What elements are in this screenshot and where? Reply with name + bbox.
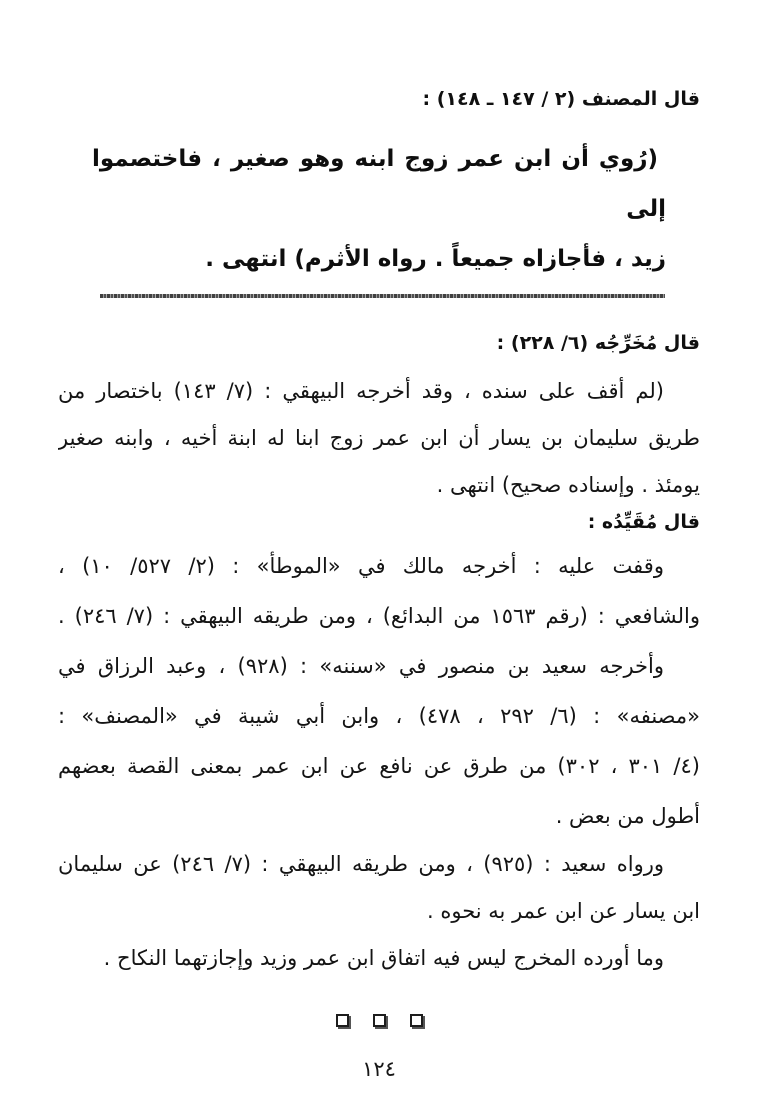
body-line: (لم أقف على سنده ، وقد أخرجه البيهقي : (… <box>58 368 700 415</box>
book-page: قال المصنف (٢ / ١٤٧ ـ ١٤٨) : (رُوي أن اب… <box>0 0 758 1110</box>
body-line: أطول من بعض . <box>58 791 700 841</box>
matn-quote: (رُوي أن ابن عمر زوج ابنه وهو صغير ، فاخ… <box>92 134 666 284</box>
body-line: ابن يسار عن ابن عمر به نحوه . <box>58 888 700 935</box>
body-line: «مصنفه» : (٦/ ٢٩٢ ، ٤٧٨) ، وابن أبي شيبة… <box>58 691 700 741</box>
ornament-square-icon <box>336 1014 349 1027</box>
muqayyid-paragraph-3: ورواه سعيد : (٩٢٥) ، ومن طريقه البيهقي :… <box>58 841 700 935</box>
heading-muqayyid: قال مُقَيِّدُه : <box>58 509 700 535</box>
section-divider-rule <box>100 294 665 298</box>
body-line: والشافعي : (رقم ١٥٦٣ من البدائع) ، ومن ط… <box>58 591 700 641</box>
matn-line: زيد ، فأجازاه جميعاً . رواه الأثرم) انته… <box>92 234 666 284</box>
page-number: ١٢٤ <box>58 1057 700 1081</box>
ornament-square-icon <box>373 1014 386 1027</box>
body-line: يومئذ . وإسناده صحيح) انتهى . <box>58 462 700 509</box>
body-line: وأخرجه سعيد بن منصور في «سننه» : (٩٢٨) ،… <box>58 641 700 691</box>
heading-musannif: قال المصنف (٢ / ١٤٧ ـ ١٤٨) : <box>58 86 700 112</box>
muqayyid-paragraph-1: وقفت عليه : أخرجه مالك في «الموطأ» : (٢/… <box>58 541 700 641</box>
body-line: وما أورده المخرج ليس فيه اتفاق ابن عمر و… <box>58 935 700 982</box>
body-line: وقفت عليه : أخرجه مالك في «الموطأ» : (٢/… <box>58 541 700 591</box>
ornament-square-icon <box>410 1014 423 1027</box>
end-ornament-squares <box>58 1014 700 1027</box>
body-line: ورواه سعيد : (٩٢٥) ، ومن طريقه البيهقي :… <box>58 841 700 888</box>
body-line: (٤/ ٣٠١ ، ٣٠٢) من طرق عن نافع عن ابن عمر… <box>58 741 700 791</box>
matn-line: (رُوي أن ابن عمر زوج ابنه وهو صغير ، فاخ… <box>92 134 666 234</box>
body-line: طريق سليمان بن يسار أن ابن عمر زوج ابنا … <box>58 415 700 462</box>
muqayyid-paragraph-2: وأخرجه سعيد بن منصور في «سننه» : (٩٢٨) ،… <box>58 641 700 841</box>
mukharrij-paragraph: (لم أقف على سنده ، وقد أخرجه البيهقي : (… <box>58 368 700 509</box>
muqayyid-paragraph-4: وما أورده المخرج ليس فيه اتفاق ابن عمر و… <box>58 935 700 982</box>
heading-mukharrij: قال مُخَرِّجُه (٦/ ٢٢٨) : <box>58 330 700 356</box>
